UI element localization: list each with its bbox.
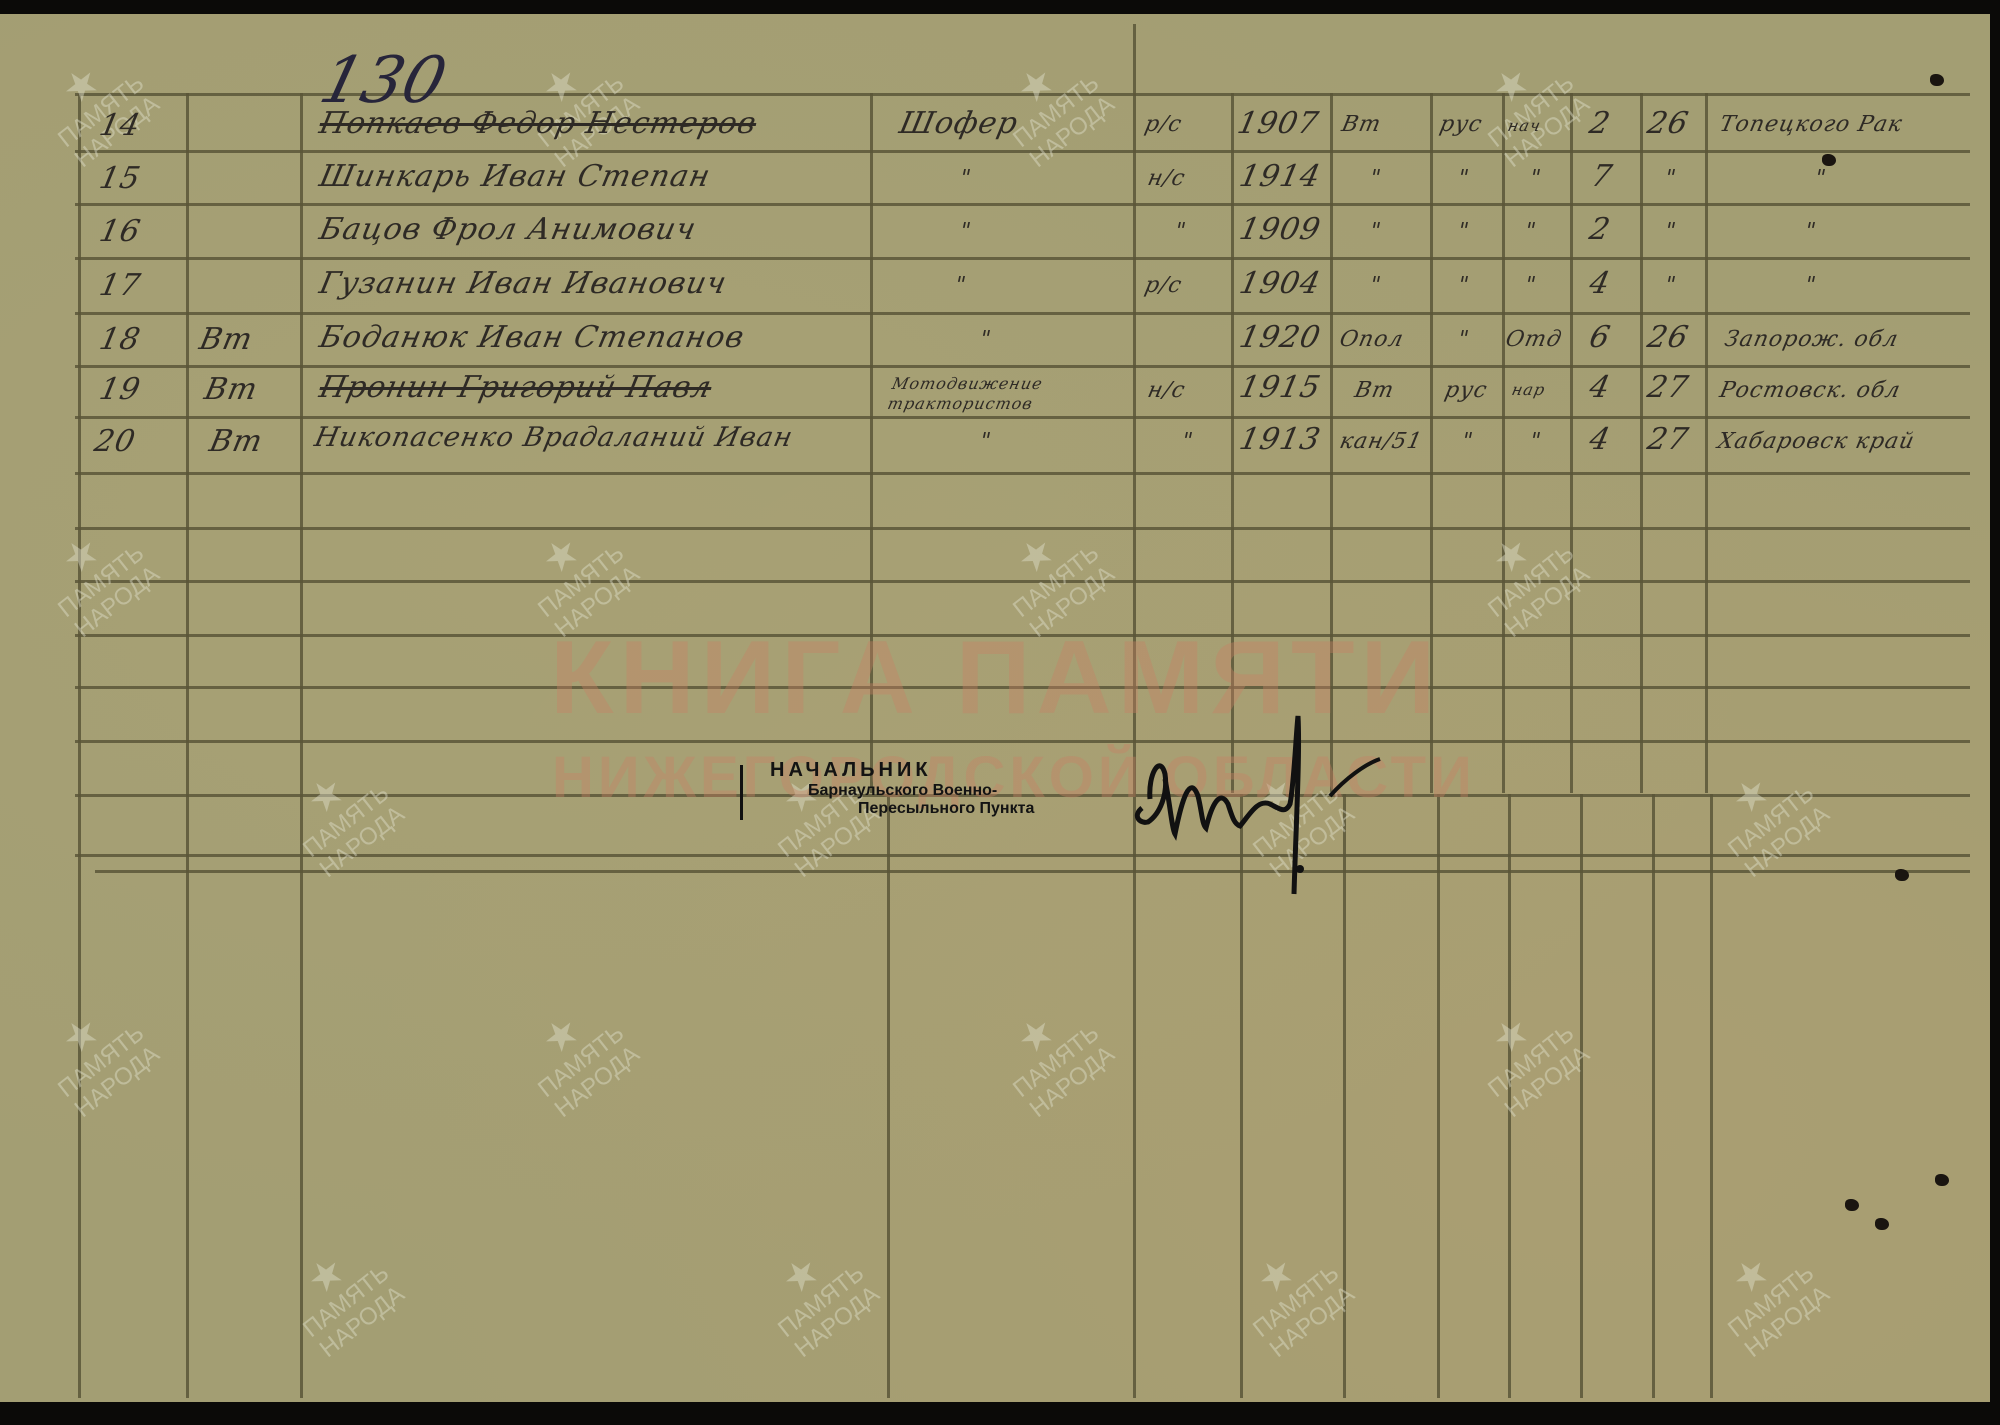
party: р/с: [1142, 273, 1184, 298]
watermark-stamp: ★ПАМЯТЬНАРОДА: [1440, 974, 1651, 1185]
stamp-title: НАЧАЛЬНИК: [770, 759, 1034, 782]
column-2: ": [1459, 429, 1475, 454]
grid-line: [75, 203, 1970, 206]
watermark-stamp: ★ПАМЯТЬНАРОДА: [1440, 494, 1651, 705]
grid-line: [186, 93, 189, 1398]
column-2: ": [1455, 273, 1471, 298]
grid-line: [75, 257, 1970, 260]
birth-year: 1907: [1234, 106, 1322, 141]
specialty: ": [952, 273, 968, 298]
paper-damage: [1845, 1199, 1859, 1211]
column-4: 4: [1586, 422, 1614, 457]
column-3: нар: [1510, 380, 1547, 399]
soldier-name: Боданюк Иван Степанов: [316, 320, 748, 355]
signature-icon: [1120, 704, 1480, 914]
origin: Запорож. обл: [1722, 327, 1901, 352]
grid-line: [75, 527, 1970, 530]
birth-year: 1913: [1236, 422, 1324, 457]
column-1: ": [1367, 166, 1383, 191]
origin: ": [1802, 273, 1818, 298]
specialty: Шофер: [896, 106, 1021, 141]
column-4: 2: [1586, 212, 1614, 247]
stamp-line-2: Барнаульского Военно-: [808, 782, 1034, 800]
column-5: ": [1662, 219, 1678, 244]
paper-damage: [1875, 1218, 1889, 1230]
origin: ": [1812, 166, 1828, 191]
column-5: ": [1662, 273, 1678, 298]
soldier-name: Шинкарь Иван Степан: [316, 159, 714, 194]
watermark-stamp: ★ПАМЯТЬНАРОДА: [490, 974, 701, 1185]
grid-line: [1652, 794, 1655, 1398]
soldier-name: Попкаев Федор Нестеров: [316, 106, 760, 141]
birth-year: 1920: [1236, 320, 1324, 355]
watermark-stamp: ★ПАМЯТЬНАРОДА: [1205, 1214, 1416, 1425]
grid-line: [300, 93, 303, 1398]
origin: Хабаровск край: [1715, 429, 1917, 454]
row-number: 17: [96, 268, 144, 303]
row-number: 16: [96, 214, 144, 249]
soldier-name: Бацов Фрол Анимович: [316, 212, 699, 247]
origin: ": [1802, 219, 1818, 244]
column-5: 26: [1644, 320, 1692, 355]
column-2: рус: [1442, 378, 1489, 403]
grid-line: [75, 365, 1970, 368]
column-5: ": [1662, 166, 1678, 191]
paper-damage: [1935, 1174, 1949, 1186]
grid-line: [75, 472, 1970, 475]
birth-year: 1909: [1236, 212, 1324, 247]
column-4: 4: [1586, 266, 1614, 301]
birth-year: 1914: [1236, 159, 1324, 194]
paper-damage: [1822, 154, 1836, 166]
column-3: Отд: [1503, 327, 1564, 352]
specialty: Мотодвижение трактористов: [886, 374, 1115, 414]
stamp-bar: [740, 765, 743, 820]
specialty: ": [977, 327, 993, 352]
specialty: ": [957, 166, 973, 191]
document-sheet: 130 ★ПАМЯТЬНАРОДА ★ПАМЯТЬНАРОДА ★ПАМЯТЬН…: [0, 14, 1990, 1402]
paper-damage: [1895, 869, 1909, 881]
rank: Вт: [206, 424, 266, 459]
party: р/с: [1142, 112, 1184, 137]
row-number: 14: [96, 108, 144, 143]
party: ": [1179, 429, 1195, 454]
column-5: 27: [1644, 422, 1692, 457]
party: ": [1172, 219, 1188, 244]
column-1: кан/51: [1337, 429, 1424, 454]
column-4: 4: [1586, 370, 1614, 405]
soldier-name: Гузанин Иван Иванович: [316, 266, 730, 301]
column-4: 6: [1586, 320, 1614, 355]
grid-line: [75, 740, 1970, 743]
watermark-stamp: ★ПАМЯТЬНАРОДА: [255, 1214, 466, 1425]
column-5: 26: [1644, 106, 1692, 141]
grid-line: [75, 416, 1970, 419]
soldier-name: Пронин Григорий Павл: [316, 370, 715, 405]
column-1: Вт: [1339, 112, 1383, 137]
origin: Ростовск. обл: [1717, 378, 1903, 403]
column-3: нач: [1506, 116, 1543, 135]
party: н/с: [1145, 378, 1188, 403]
rank: Вт: [196, 322, 256, 357]
specialty: ": [957, 219, 973, 244]
column-5: 27: [1644, 370, 1692, 405]
soldier-name: Никопасенко Врадаланий Иван: [312, 422, 796, 453]
watermark-stamp: ★ПАМЯТЬНАРОДА: [965, 974, 1176, 1185]
paper-damage: [1930, 74, 1944, 86]
column-1: ": [1367, 273, 1383, 298]
grid-line: [1640, 93, 1643, 793]
column-1: Опол: [1337, 327, 1406, 352]
birth-year: 1915: [1236, 370, 1324, 405]
row-number: 15: [96, 161, 144, 196]
grid-line: [78, 93, 81, 1398]
column-2: ": [1455, 166, 1471, 191]
column-2: ": [1455, 327, 1471, 352]
party: н/с: [1145, 166, 1188, 191]
watermark-stamp: ★ПАМЯТЬНАРОДА: [255, 734, 466, 945]
grid-line: [75, 312, 1970, 315]
watermark-stamp: ★ПАМЯТЬНАРОДА: [730, 1214, 941, 1425]
row-number: 20: [91, 424, 139, 459]
column-1: Вт: [1352, 378, 1396, 403]
birth-year: 1904: [1236, 266, 1324, 301]
row-number: 19: [96, 372, 144, 407]
grid-line: [1705, 93, 1708, 793]
origin: Топецкого Рак: [1717, 112, 1905, 137]
column-3: ": [1522, 273, 1538, 298]
stamp-line-3: Пересыльного Пункта: [858, 800, 1034, 818]
specialty: ": [977, 429, 993, 454]
column-3: ": [1527, 429, 1543, 454]
column-1: ": [1367, 219, 1383, 244]
official-stamp: НАЧАЛЬНИК Барнаульского Военно- Пересыль…: [740, 759, 1034, 818]
column-2: рус: [1437, 112, 1484, 137]
column-2: ": [1455, 219, 1471, 244]
row-number: 18: [96, 322, 144, 357]
rank: Вт: [201, 372, 261, 407]
